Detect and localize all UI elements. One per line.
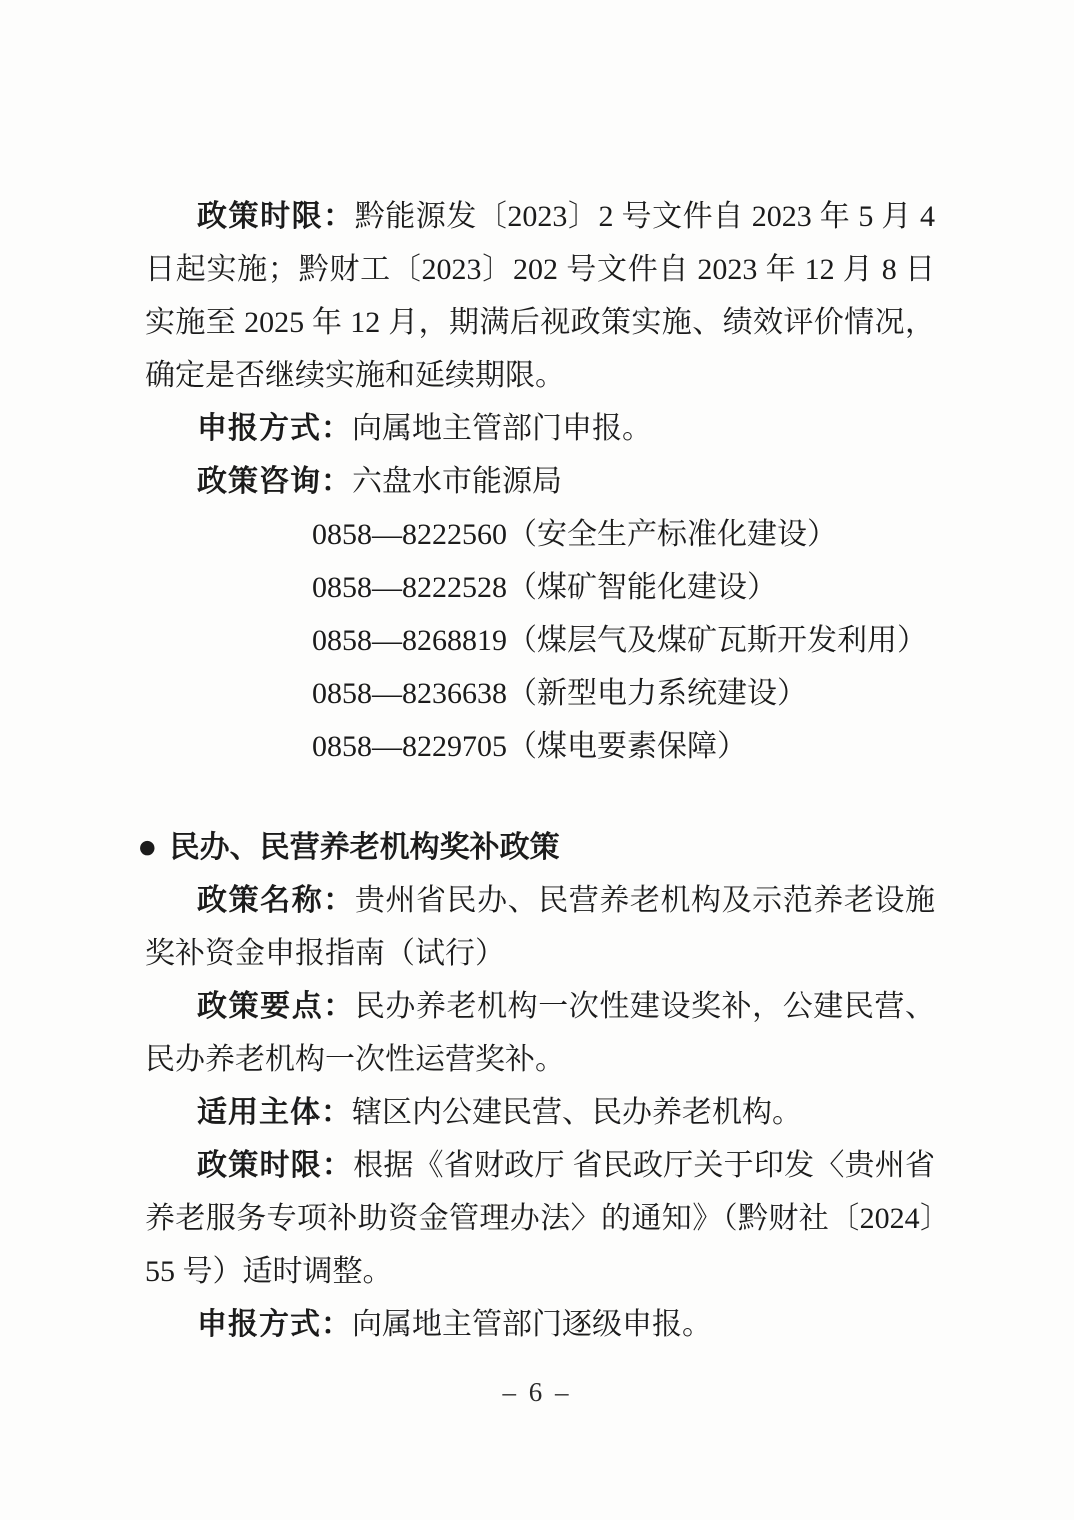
paragraph-policy-consultation: 政策咨询：六盘水市能源局 [145, 455, 935, 508]
paragraph-label: 政策时限： [197, 1149, 353, 1182]
paragraph-policy-duration-energy: 政策时限：黔能源发〔2023〕2 号文件自 2023 年 5 月 4 日起实施；… [145, 190, 935, 402]
bullet-icon: ● [139, 821, 156, 874]
phone-line: 0858—8222560（安全生产标准化建设） [312, 508, 935, 561]
paragraph-label: 政策要点： [197, 990, 355, 1023]
document-body: 政策时限：黔能源发〔2023〕2 号文件自 2023 年 5 月 4 日起实施；… [145, 190, 935, 1351]
paragraph-label: 政策时限： [197, 200, 355, 233]
paragraph-label: 适用主体： [197, 1096, 352, 1129]
phone-line: 0858—8268819（煤层气及煤矿瓦斯开发利用） [312, 614, 935, 667]
paragraph-label: 申报方式： [197, 412, 352, 445]
paragraph-application-method-energy: 申报方式：向属地主管部门申报。 [145, 402, 935, 455]
paragraph-label: 政策咨询： [197, 465, 352, 498]
paragraph-text: 向属地主管部门申报。 [352, 412, 652, 445]
section-heading-text: 民办、民营养老机构奖补政策 [170, 821, 560, 874]
paragraph-policy-points: 政策要点：民办养老机构一次性建设奖补，公建民营、民办养老机构一次性运营奖补。 [145, 980, 935, 1086]
phone-line: 0858—8236638（新型电力系统建设） [312, 667, 935, 720]
paragraph-label: 政策名称： [197, 884, 355, 917]
paragraph-applicable-entities: 适用主体：辖区内公建民营、民办养老机构。 [145, 1086, 935, 1139]
paragraph-text: 辖区内公建民营、民办养老机构。 [352, 1096, 802, 1129]
paragraph-label: 申报方式： [197, 1308, 352, 1341]
section-heading-elder-care: ● 民办、民营养老机构奖补政策 [139, 821, 935, 874]
paragraph-policy-duration-elder-care: 政策时限：根据《省财政厅 省民政厅关于印发〈贵州省养老服务专项补助资金管理办法〉… [145, 1139, 935, 1298]
paragraph-application-method-elder-care: 申报方式：向属地主管部门逐级申报。 [145, 1298, 935, 1351]
paragraph-policy-name: 政策名称：贵州省民办、民营养老机构及示范养老设施奖补资金申报指南（试行） [145, 874, 935, 980]
paragraph-text: 六盘水市能源局 [352, 465, 562, 498]
document-page: 政策时限：黔能源发〔2023〕2 号文件自 2023 年 5 月 4 日起实施；… [0, 0, 1074, 1520]
paragraph-text: 向属地主管部门逐级申报。 [352, 1308, 712, 1341]
phone-list: 0858—8222560（安全生产标准化建设） 0858—8222528（煤矿智… [145, 508, 935, 773]
phone-line: 0858—8222528（煤矿智能化建设） [312, 561, 935, 614]
phone-line: 0858—8229705（煤电要素保障） [312, 720, 935, 773]
page-number: – 6 – [0, 1372, 1074, 1412]
